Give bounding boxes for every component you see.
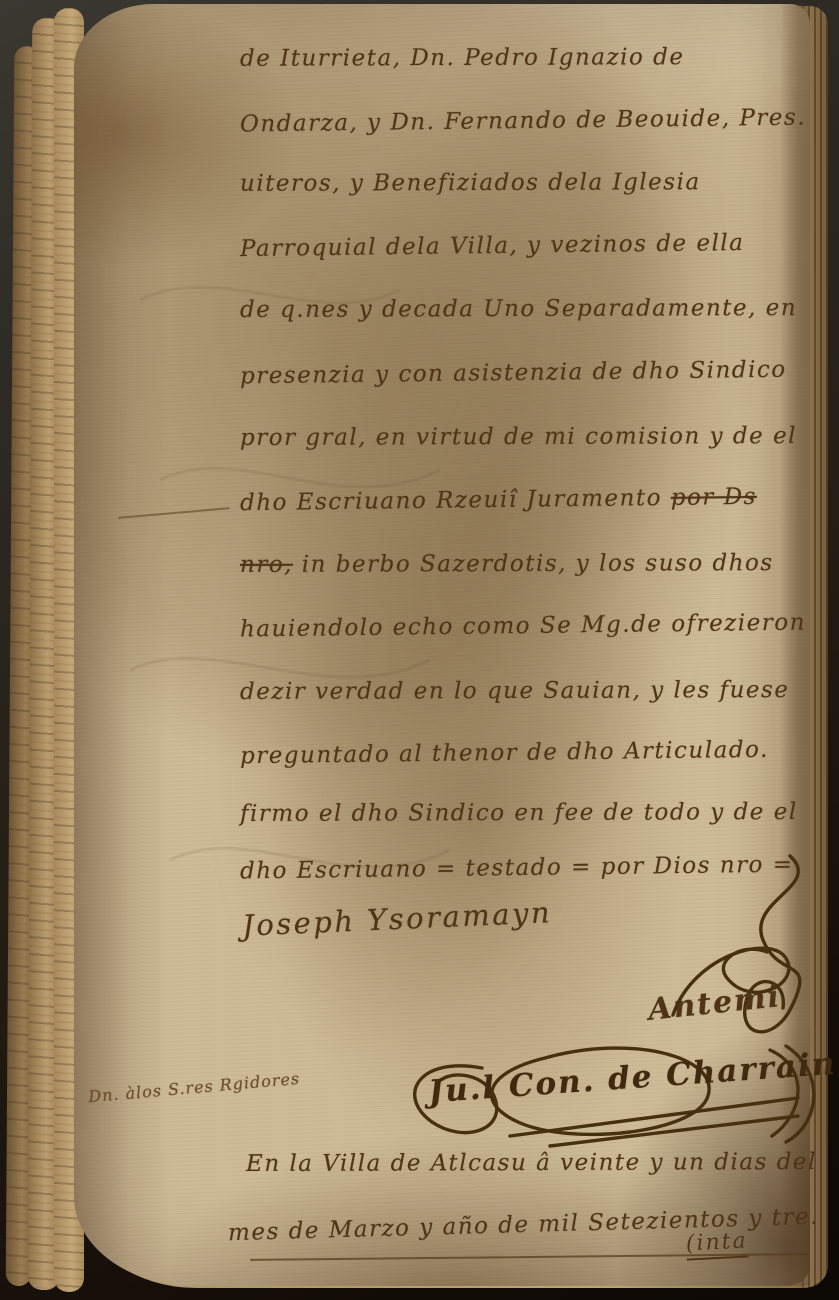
closing-line: En la Villa de Atlcasu â veinte y un dia… (246, 1149, 817, 1177)
manuscript-line: de Iturrieta, Dn. Pedro Ignazio de (240, 44, 685, 72)
manuscript-line-verbo: nro, in berbo Sazerdotis, y los suso dho… (240, 550, 774, 578)
manuscript-photo: de Iturrieta, Dn. Pedro Ignazio de Ondar… (0, 0, 839, 1300)
manuscript-line: pror gral, en virtud de mi comision y de… (240, 423, 797, 451)
manuscript-line: uiteros, y Benefiziados dela Iglesia (240, 169, 701, 197)
struck-text: nro, (240, 552, 293, 578)
struck-text: por Ds (671, 484, 757, 511)
attestation-rubric (655, 930, 815, 1030)
verbo-text: in berbo Sazerdotis, y los suso dhos (293, 550, 774, 578)
oath-text: dho Escriuano Rzeuiî Juramento (240, 485, 671, 516)
manuscript-line: de q.nes y decada Uno Separadamente, en (240, 295, 797, 323)
manuscript-line: firmo el dho Sindico en fee de todo y de… (240, 799, 798, 827)
manuscript-line: dezir verdad en lo que Sauian, y les fue… (240, 677, 790, 705)
